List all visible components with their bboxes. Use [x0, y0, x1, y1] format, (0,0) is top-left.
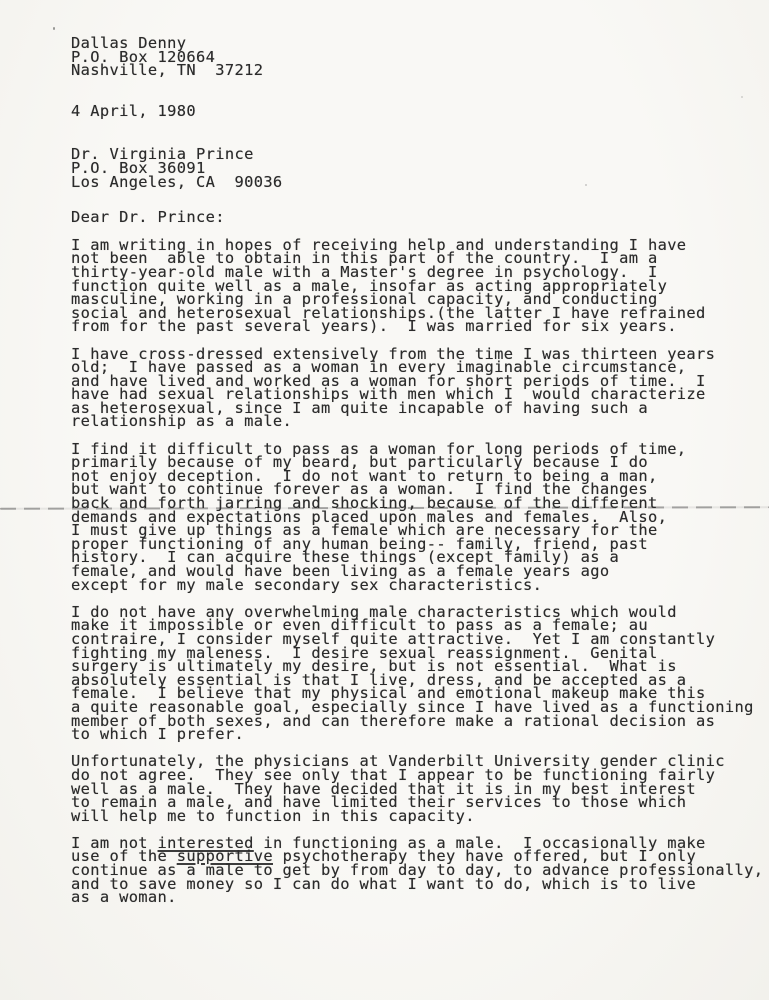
letter-date: 4 April, 1980 [71, 105, 769, 119]
letter-content: Dallas Denny P.O. Box 120664 Nashville, … [71, 37, 769, 905]
closing-paragraph: I am not interested in functioning as a … [71, 837, 769, 905]
body-paragraph-4: I do not have any overwhelming male char… [71, 606, 769, 742]
body-paragraph-2: I have cross-dressed extensively from th… [71, 348, 769, 430]
recipient-address-line-2: Los Angeles, CA 90036 [71, 176, 769, 190]
body-paragraph-1: I am writing in hopes of receiving help … [71, 239, 769, 334]
scan-speck [53, 27, 55, 30]
sender-address-block: Dallas Denny P.O. Box 120664 Nashville, … [71, 37, 769, 78]
letter-page: Dallas Denny P.O. Box 120664 Nashville, … [0, 0, 769, 1000]
body-paragraph-3: I find it difficult to pass as a woman f… [71, 443, 769, 593]
body-paragraph-5: Unfortunately, the physicians at Vanderb… [71, 755, 769, 823]
salutation: Dear Dr. Prince: [71, 211, 769, 225]
recipient-address-block: Dr. Virginia Prince P.O. Box 36091 Los A… [71, 148, 769, 189]
sender-address-line-2: Nashville, TN 37212 [71, 64, 769, 78]
